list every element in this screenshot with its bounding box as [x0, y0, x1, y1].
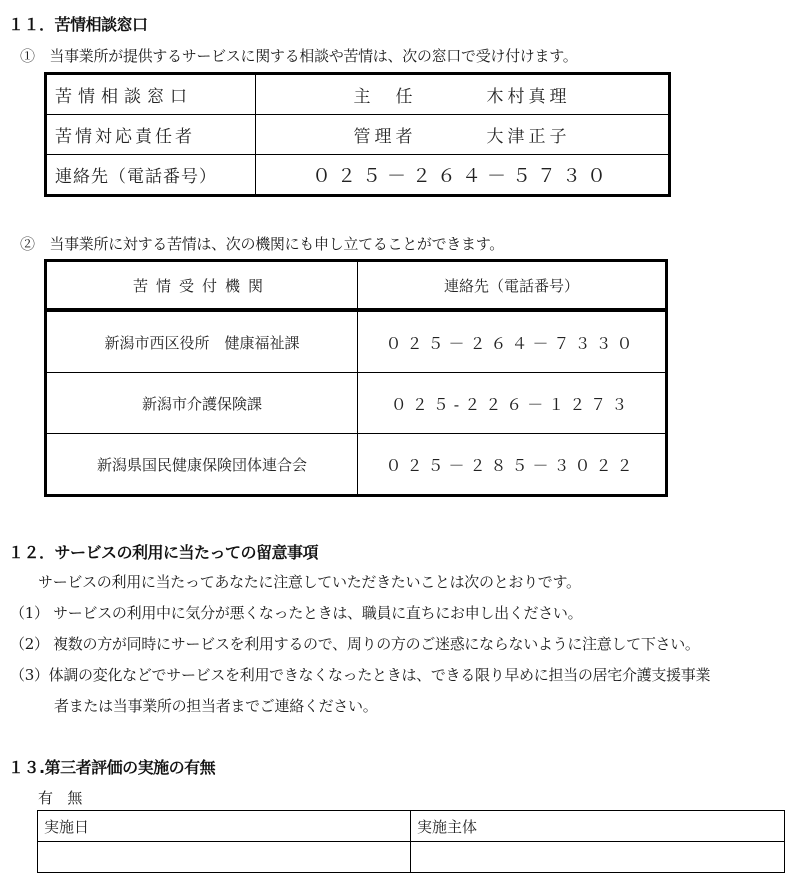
- label-complaint-desk: 苦情相談窓口: [46, 74, 256, 115]
- section-11-item-1: ① 当事業所が提供するサービスに関する相談や苦情は、次の窓口で受け付けます。: [20, 45, 577, 66]
- table-row: [38, 842, 785, 873]
- agency-phone: ０２５－２８５－３０２２: [358, 434, 667, 496]
- complaint-contact-table: 苦情相談窓口 主 任木村真理 苦情対応責任者 管理者大津正子 連絡先（電話番号）…: [44, 72, 671, 197]
- evaluation-yes-no: 有 無: [38, 787, 82, 808]
- person-name: 大津正子: [487, 127, 571, 147]
- label-complaint-manager: 苦情対応責任者: [46, 115, 256, 155]
- section-12-item-2: （2） 複数の方が同時にサービスを利用するので、周りの方のご迷惑にならないように…: [10, 633, 700, 654]
- table-row: 苦情対応責任者 管理者大津正子: [46, 115, 670, 155]
- agency-name: 新潟市西区役所 健康福祉課: [46, 310, 358, 373]
- table-row: 新潟市介護保険課 ０２５-２２６－１２７３: [46, 373, 667, 434]
- contact-phone: ０２５－２６４－５７３０: [256, 155, 670, 196]
- header-date: 実施日: [38, 811, 411, 842]
- section-13-heading: １３.第三者評価の実施の有無: [8, 755, 215, 778]
- third-party-evaluation-table: 実施日 実施主体: [37, 810, 785, 873]
- section-12-heading: １２．サービスの利用に当たっての留意事項: [8, 540, 318, 563]
- role: 主 任: [354, 87, 417, 107]
- external-agency-table: 苦情受付機関 連絡先（電話番号） 新潟市西区役所 健康福祉課 ０２５－２６４－７…: [44, 259, 668, 497]
- table-header-row: 苦情受付機関 連絡先（電話番号）: [46, 261, 667, 311]
- section-11-item-2: ② 当事業所に対する苦情は、次の機関にも申し立てることができます。: [20, 233, 504, 254]
- table-row: 連絡先（電話番号） ０２５－２６４－５７３０: [46, 155, 670, 196]
- section-12-item-1: （1） サービスの利用中に気分が悪くなったときは、職員に直ちにお申し出ください。: [10, 602, 582, 623]
- agency-phone: ０２５－２６４－７３３０: [358, 310, 667, 373]
- section-11-heading: １１．苦情相談窓口: [8, 12, 148, 35]
- complaint-manager-person: 管理者大津正子: [256, 115, 670, 155]
- agency-name: 新潟県国民健康保険団体連合会: [46, 434, 358, 496]
- agency-name: 新潟市介護保険課: [46, 373, 358, 434]
- evaluation-date-cell: [38, 842, 411, 873]
- table-row: 苦情相談窓口 主 任木村真理: [46, 74, 670, 115]
- section-12-item-3: （3）体調の変化などでサービスを利用できなくなったときは、できる限り早めに担当の…: [10, 664, 710, 685]
- table-row: 新潟県国民健康保険団体連合会 ０２５－２８５－３０２２: [46, 434, 667, 496]
- table-header-row: 実施日 実施主体: [38, 811, 785, 842]
- complaint-desk-person: 主 任木村真理: [256, 74, 670, 115]
- table-row: 新潟市西区役所 健康福祉課 ０２５－２６４－７３３０: [46, 310, 667, 373]
- label-contact-phone: 連絡先（電話番号）: [46, 155, 256, 196]
- section-12-item-3-cont: 者または当事業所の担当者までご連絡ください。: [54, 695, 377, 716]
- section-12-intro: サービスの利用に当たってあなたに注意していただきたいことは次のとおりです。: [38, 571, 581, 592]
- role: 管理者: [354, 127, 417, 147]
- header-agency: 苦情受付機関: [46, 261, 358, 311]
- header-phone: 連絡先（電話番号）: [358, 261, 667, 311]
- header-organization: 実施主体: [411, 811, 785, 842]
- person-name: 木村真理: [487, 87, 571, 107]
- evaluation-organization-cell: [411, 842, 785, 873]
- agency-phone: ０２５-２２６－１２７３: [358, 373, 667, 434]
